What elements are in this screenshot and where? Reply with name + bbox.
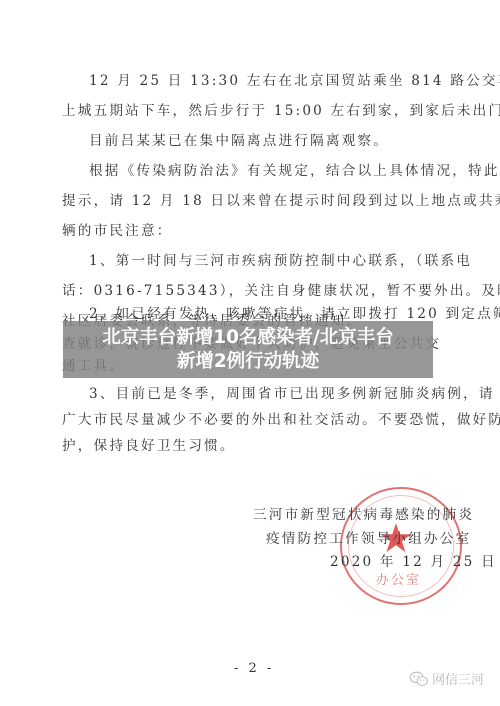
body-line: 1、第一时间与三河市疾病预防控制中心联系，（联系电 — [89, 252, 472, 270]
stamp-label: 办公室 — [376, 569, 421, 588]
source-watermark: 网信三河 — [409, 669, 484, 688]
headline-line-2: 新增2例行动轨迹 — [177, 350, 319, 374]
body-line: 12 月 25 日 13:30 左右在北京国贸站乘坐 814 路公交车到上 — [89, 72, 500, 90]
page-number: - 2 - — [234, 661, 274, 676]
headline-line-1: 北京丰台新增10名感染者/北京丰台 — [102, 326, 394, 350]
signature-org-line-2: 疫情防控工作领导小组办公室 — [266, 527, 471, 547]
signature-org-line-1: 三河市新型冠状病毒感染的肺炎 — [253, 503, 474, 523]
headline-banner: 北京丰台新增10名感染者/北京丰台 新增2例行动轨迹 — [63, 321, 433, 378]
body-line: 提示，请 12 月 18 日以来曾在提示时间段到过以上地点或共乘车 — [62, 192, 500, 210]
watermark-text: 网信三河 — [432, 669, 484, 688]
body-line: 3、目前已是冬季，周围省市已出现多例新冠肺炎病例，请 — [89, 385, 495, 403]
body-line: 话：0316-7155343），关注自身健康状况，暂不要外出。及时与 — [62, 282, 500, 300]
body-line: 根据《传染病防治法》有关规定，结合以上具体情况，特此 — [89, 162, 500, 180]
body-line: 护，保持良好卫生习惯。 — [62, 437, 236, 455]
body-line: 广大市民尽量减少不必要的外出和社交活动。不要恐慌，做好防 — [62, 411, 500, 429]
body-line: 上城五期站下车，然后步行于 15:00 左右到家，到家后未出门。 — [62, 102, 500, 120]
wechat-icon — [409, 671, 429, 687]
body-line: 目前吕某某已在集中隔离点进行隔离观察。 — [89, 132, 389, 150]
signature-date: 2020 年 12 月 25 日 — [330, 550, 497, 570]
body-line: 辆的市民注意： — [62, 222, 173, 240]
